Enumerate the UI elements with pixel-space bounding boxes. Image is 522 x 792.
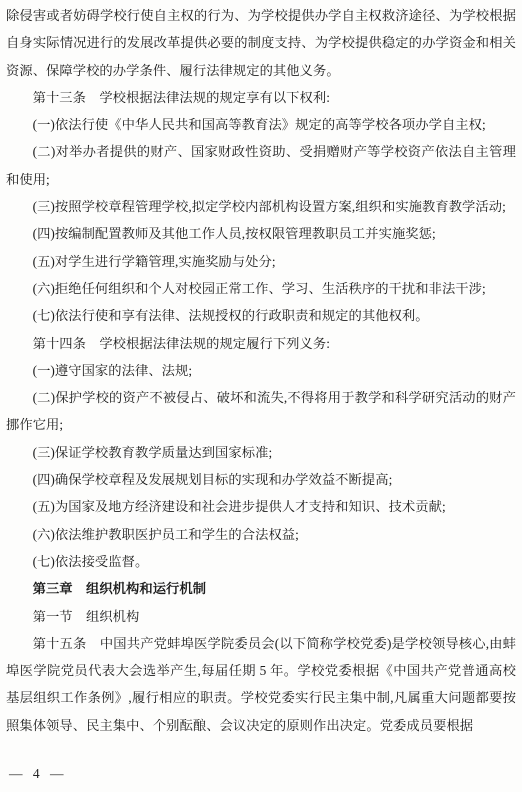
- article-14-item-1: (一)遵守国家的法律、法规;: [6, 357, 516, 384]
- article-14-item-7: (七)依法接受监督。: [6, 548, 516, 575]
- article-14-item-4: (四)确保学校章程及发展规划目标的实现和办学效益不断提高;: [6, 466, 516, 493]
- article-13-item-6: (六)拒绝任何组织和个人对校园正常工作、学习、生活秩序的干扰和非法干涉;: [6, 275, 516, 302]
- article-13-item-1: (一)依法行使《中华人民共和国高等教育法》规定的高等学校各项办学自主权;: [6, 111, 516, 138]
- article-13-item-3: (三)按照学校章程管理学校,拟定学校内部机构设置方案,组织和实施教育教学活动;: [6, 193, 516, 220]
- paragraph-continued-obligations: 除侵害或者妨碍学校行使自主权的行为、为学校提供办学自主权救济途径、为学校根据自身…: [6, 2, 516, 84]
- article-14-item-3: (三)保证学校教育教学质量达到国家标准;: [6, 439, 516, 466]
- article-13-item-5: (五)对学生进行学籍管理,实施奖励与处分;: [6, 248, 516, 275]
- article-15-paragraph: 第十五条 中国共产党蚌埠医学院委员会(以下简称学校党委)是学校领导核心,由蚌埠医…: [6, 630, 516, 739]
- article-13-heading: 第十三条 学校根据法律法规的规定享有以下权利:: [6, 84, 516, 111]
- article-13-item-7: (七)依法行使和享有法律、法规授权的行政职责和规定的其他权利。: [6, 302, 516, 329]
- document-body: 除侵害或者妨碍学校行使自主权的行为、为学校提供办学自主权救济途径、为学校根据自身…: [6, 2, 516, 739]
- document-page: 除侵害或者妨碍学校行使自主权的行为、为学校提供办学自主权救济途径、为学校根据自身…: [0, 0, 522, 792]
- article-14-item-6: (六)依法维护教职医护员工和学生的合法权益;: [6, 521, 516, 548]
- article-13-item-2: (二)对举办者提供的财产、国家财政性资助、受捐赠财产等学校资产依法自主管理和使用…: [6, 138, 516, 193]
- article-14-item-2: (二)保护学校的资产不被侵占、破坏和流失,不得将用于教学和科学研究活动的财产挪作…: [6, 384, 516, 439]
- article-14-item-5: (五)为国家及地方经济建设和社会进步提供人才支持和知识、技术贡献;: [6, 493, 516, 520]
- article-14-heading: 第十四条 学校根据法律法规的规定履行下列义务:: [6, 330, 516, 357]
- section-1-heading: 第一节 组织机构: [6, 603, 516, 630]
- page-number: — 4 —: [9, 766, 67, 782]
- chapter-3-heading: 第三章 组织机构和运行机制: [6, 575, 516, 602]
- article-13-item-4: (四)按编制配置教师及其他工作人员,按权限管理教职员工并实施奖惩;: [6, 220, 516, 247]
